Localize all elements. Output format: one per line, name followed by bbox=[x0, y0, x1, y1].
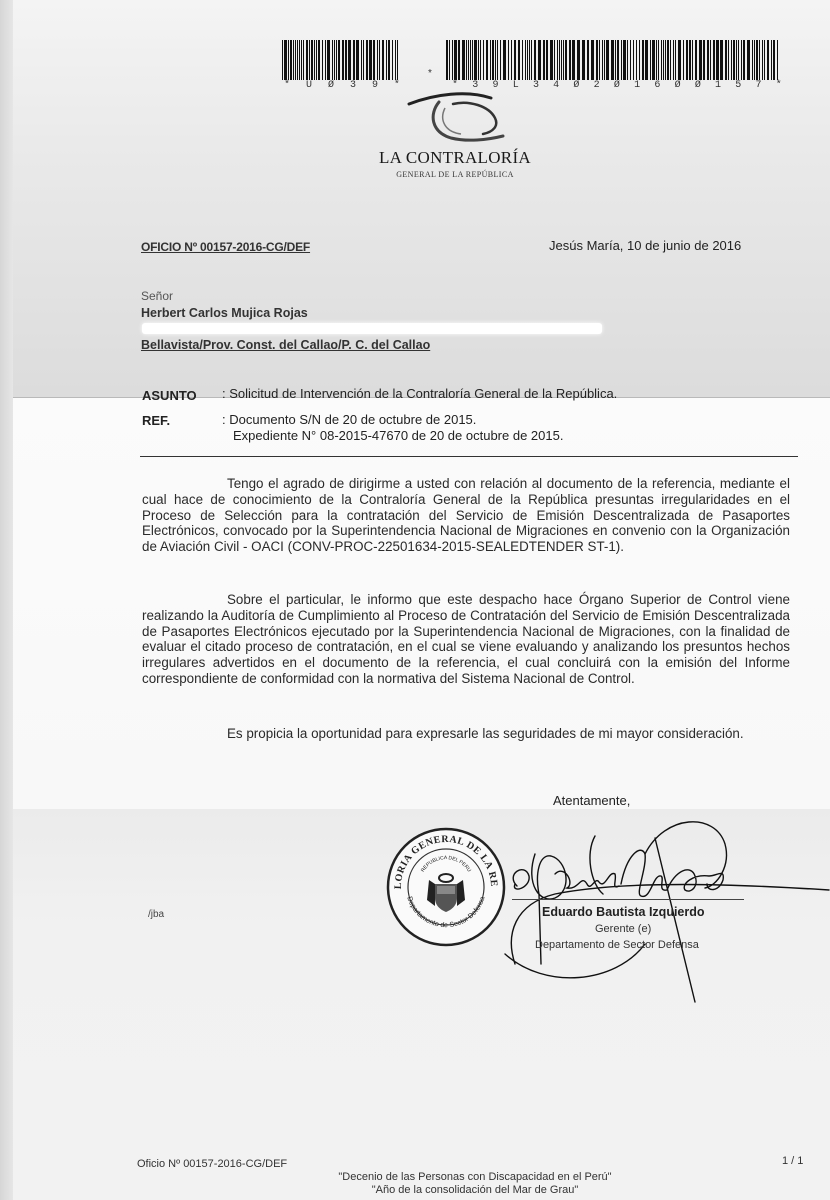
contraloria-swirl-logo-icon bbox=[405, 92, 515, 150]
asunto-label: ASUNTO bbox=[142, 388, 197, 403]
barcode-char: 7 bbox=[756, 80, 762, 91]
barcode-char: Ø bbox=[675, 80, 681, 91]
ref-line-2: Expediente N° 08-2015-47670 de 20 de oct… bbox=[233, 428, 563, 443]
recipient-address: Bellavista/Prov. Const. del Callao/P. C.… bbox=[141, 338, 430, 352]
barcode-char: Ø bbox=[573, 80, 579, 91]
signer-role: Gerente (e) bbox=[595, 923, 651, 935]
institution-subtitle: GENERAL DE LA REPÚBLICA bbox=[340, 170, 570, 179]
barcode-char: Ø bbox=[695, 80, 701, 91]
place-date: Jesús María, 10 de junio de 2016 bbox=[549, 238, 741, 253]
typist-initials: /jba bbox=[148, 909, 164, 920]
salutation: Señor bbox=[141, 289, 173, 303]
official-seal-icon: CONTRALORIA GENERAL DE LA REPUBLICA Depa… bbox=[385, 826, 507, 948]
barcode-char: U bbox=[306, 80, 312, 91]
letter-reference-number: OFICIO Nº 00157-2016-CG/DEF bbox=[141, 240, 310, 254]
signature-line bbox=[512, 899, 744, 900]
body-paragraph-3: Es propicia la oportunidad para expresar… bbox=[142, 726, 790, 742]
barcode-char: 2 bbox=[594, 80, 600, 91]
barcode-char: 5 bbox=[735, 80, 741, 91]
body-paragraph-1: Tengo el agrado de dirigirme a usted con… bbox=[142, 476, 790, 555]
signer-name: Eduardo Bautista Izquierdo bbox=[542, 905, 705, 919]
barcode-char: 3 bbox=[350, 80, 356, 91]
barcode-short-label: *UØ39* bbox=[284, 80, 400, 91]
ref-line-1: : Documento S/N de 20 de octubre de 2015… bbox=[222, 412, 476, 427]
barcode-char: 4 bbox=[553, 80, 559, 91]
signer-department: Departamento de Sector Defensa bbox=[535, 939, 699, 951]
recipient-name: Herbert Carlos Mujica Rojas bbox=[141, 306, 308, 320]
barcode-separator: * bbox=[428, 68, 432, 79]
barcode-char: * bbox=[776, 80, 782, 91]
barcode-long bbox=[446, 40, 784, 80]
paragraph-text: Es propicia la oportunidad para expresar… bbox=[227, 726, 744, 741]
footer-motto-1: "Decenio de las Personas con Discapacida… bbox=[300, 1171, 650, 1183]
barcode-char: Ø bbox=[614, 80, 620, 91]
barcode-char: 9 bbox=[372, 80, 378, 91]
barcode-char: 1 bbox=[715, 80, 721, 91]
page-number: 1 / 1 bbox=[782, 1155, 803, 1167]
barcode-char: 3 bbox=[533, 80, 539, 91]
ref-label: REF. bbox=[142, 413, 170, 428]
barcode-char: * bbox=[284, 80, 290, 91]
barcode-char: 1 bbox=[634, 80, 640, 91]
barcode-char: Ø bbox=[328, 80, 334, 91]
scan-edge-shadow bbox=[0, 0, 13, 1200]
paragraph-text: Sobre el particular, le informo que este… bbox=[142, 592, 790, 686]
barcode-char: 9 bbox=[492, 80, 498, 91]
redacted-address-line bbox=[142, 323, 602, 334]
body-paragraph-2: Sobre el particular, le informo que este… bbox=[142, 592, 790, 687]
barcode-char: * bbox=[452, 80, 458, 91]
barcode-long-label: *39L34Ø2Ø16ØØ157* bbox=[452, 80, 782, 91]
header-divider bbox=[140, 456, 798, 457]
paragraph-text: Tengo el agrado de dirigirme a usted con… bbox=[142, 476, 790, 554]
closing: Atentamente, bbox=[553, 793, 630, 808]
barcode-short bbox=[282, 40, 402, 80]
footer-reference: Oficio Nº 00157-2016-CG/DEF bbox=[137, 1158, 287, 1170]
asunto-text: : Solicitud de Intervención de la Contra… bbox=[222, 386, 617, 401]
barcode-char: 3 bbox=[472, 80, 478, 91]
barcode-char: 6 bbox=[654, 80, 660, 91]
footer-motto-2: "Año de la consolidación del Mar de Grau… bbox=[300, 1184, 650, 1196]
barcode-char: * bbox=[394, 80, 400, 91]
barcode-char: L bbox=[513, 80, 519, 91]
institution-name: LA CONTRALORÍA bbox=[340, 148, 570, 168]
